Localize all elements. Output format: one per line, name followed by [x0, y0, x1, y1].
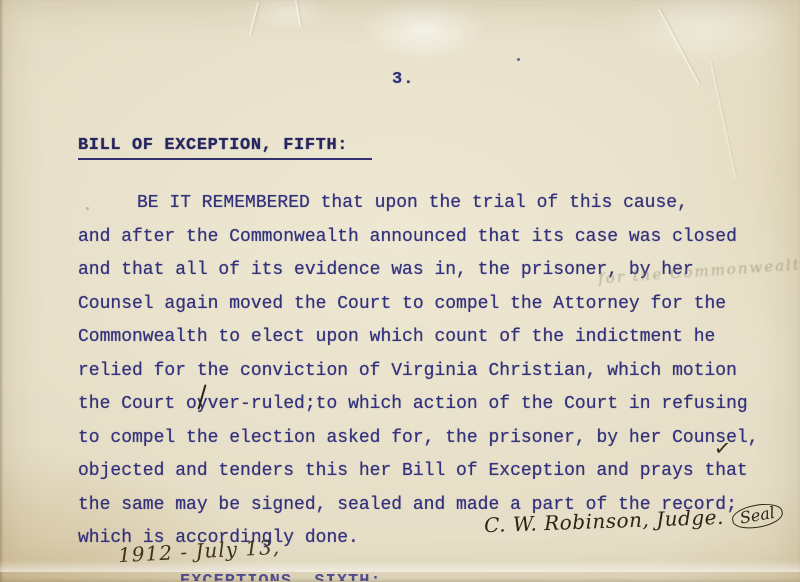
seal-mark: Seal: [730, 500, 784, 532]
page-number: 3.: [392, 70, 414, 89]
body-line: BE IT REMEMBERED that upon the trial of …: [78, 187, 759, 221]
scanned-document-page: { "page": { "number": "3." }, "heading":…: [0, 0, 800, 582]
body-line: and after the Commonwealth announced tha…: [78, 221, 759, 255]
paper-crease: [710, 61, 736, 179]
page-fold-edge: [0, 560, 800, 572]
body-line: objected and tenders this her Bill of Ex…: [78, 455, 759, 489]
strikethrough-correction: y: [197, 388, 208, 422]
body-line-segment: ver-ruled;to which action of the Court i…: [208, 394, 748, 414]
body-line: to compel the election asked for, the pr…: [78, 422, 759, 456]
body-line-segment: the Court o: [78, 394, 197, 414]
document-body: BE IT REMEMBERED that upon the trial of …: [78, 187, 759, 556]
document-heading: BILL OF EXCEPTION, FIFTH:: [78, 136, 372, 160]
body-line: Commonwealth to elect upon which count o…: [78, 321, 759, 355]
handwritten-checkmark: ✓: [713, 435, 732, 461]
ink-speck: [517, 58, 520, 61]
paper-crease: [658, 9, 700, 86]
paper-background: 3. BILL OF EXCEPTION, FIFTH: BE IT REMEM…: [0, 0, 800, 582]
body-line: relied for the conviction of Virginia Ch…: [78, 355, 759, 389]
body-line: Counsel again moved the Court to compel …: [78, 288, 759, 322]
body-line-with-correction: the Court oyver-ruled;to which action of…: [78, 388, 759, 422]
next-page-heading-cutoff: EXCEPTIONS, SIXTH:: [180, 572, 382, 581]
paper-crease: [249, 2, 259, 35]
paper-crease: [295, 0, 301, 26]
